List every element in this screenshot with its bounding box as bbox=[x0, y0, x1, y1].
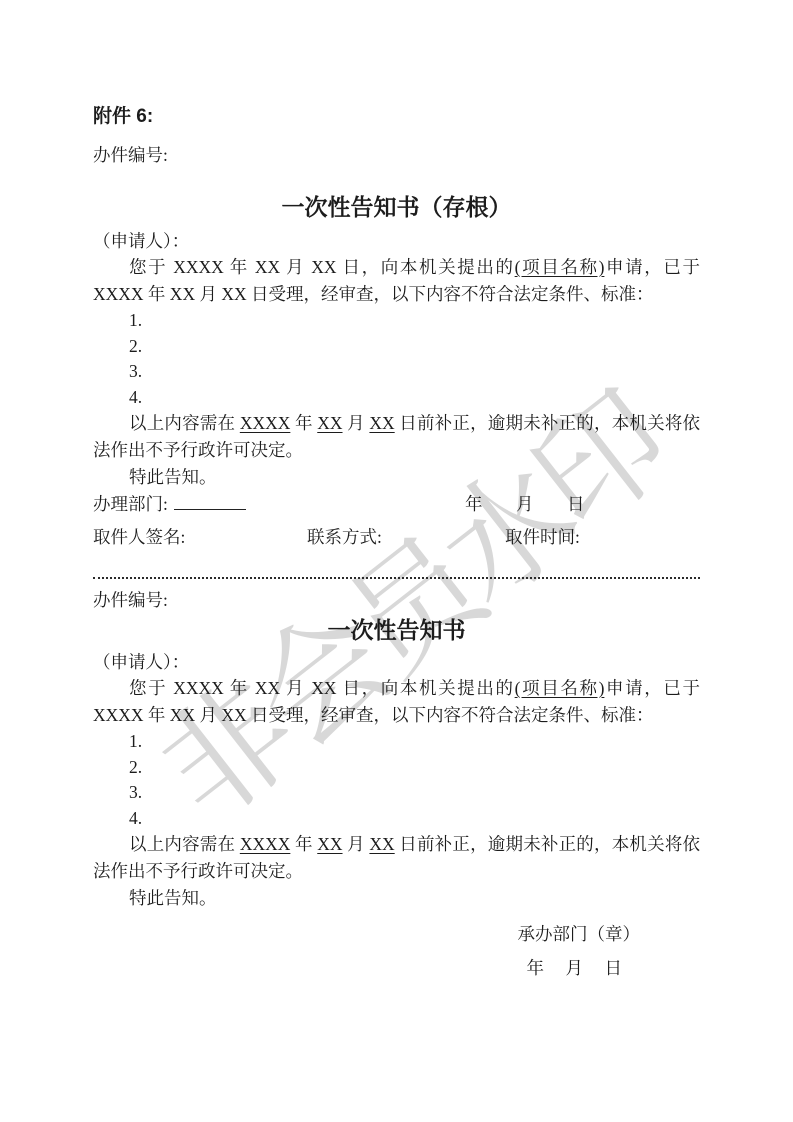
notice-seal-label: 承办部门（章） bbox=[93, 921, 700, 947]
stub-date-line: 年 月 日 bbox=[465, 491, 593, 518]
notice-list-item-2: 2. bbox=[93, 755, 700, 781]
stub-apply-paragraph: 您于 XXXX 年 XX 月 XX 日，向本机关提出的(项目名称)申请，已于 X… bbox=[93, 254, 700, 308]
notice-notice-label: 特此告知。 bbox=[93, 885, 700, 911]
stub-list-item-3: 3. bbox=[93, 359, 700, 385]
notice-correct-seg3: 月 bbox=[343, 834, 370, 854]
stub-list-item-2: 2. bbox=[93, 334, 700, 360]
notice-apply-paragraph: 您于 XXXX 年 XX 月 XX 日，向本机关提出的(项目名称)申请，已于 X… bbox=[93, 675, 700, 729]
notice-project-name-blank: (项目名称) bbox=[515, 678, 605, 698]
notice-case-number-label: 办件编号: bbox=[93, 587, 700, 613]
notice-applicant-label: （申请人）： bbox=[93, 649, 700, 675]
stub-list-item-4: 4. bbox=[93, 385, 700, 411]
stub-applicant-label: （申请人）： bbox=[93, 228, 700, 254]
stub-correct-month-blank: XX bbox=[317, 413, 342, 433]
stub-project-name-blank: (项目名称) bbox=[515, 257, 605, 277]
stub-apply-seg1: 您于 XXXX 年 XX 月 XX 日，向本机关提出的 bbox=[129, 257, 515, 277]
notice-correct-year-blank: XXXX bbox=[240, 834, 291, 854]
stub-pickup-label: 取件时间: bbox=[505, 524, 580, 551]
notice-list-item-3: 3. bbox=[93, 780, 700, 806]
notice-apply-seg1: 您于 XXXX 年 XX 月 XX 日，向本机关提出的 bbox=[129, 678, 515, 698]
stub-dept-label: 办理部门: bbox=[93, 494, 168, 514]
stub-dept-blank-underline bbox=[174, 494, 246, 510]
stub-correct-seg1: 以上内容需在 bbox=[129, 413, 240, 433]
cut-dotted-divider bbox=[93, 577, 700, 579]
notice-correct-paragraph: 以上内容需在 XXXX 年 XX 月 XX 日前补正，逾期未补正的，本机关将依法… bbox=[93, 831, 700, 885]
stub-sign-label: 取件人签名: bbox=[93, 524, 185, 551]
stub-correct-seg3: 月 bbox=[343, 413, 370, 433]
attachment-label: 附件 6: bbox=[93, 104, 700, 130]
notice-title: 一次性告知书 bbox=[93, 615, 700, 645]
notice-date-line: 年 月 日 bbox=[93, 955, 700, 981]
stub-contact-label: 联系方式: bbox=[307, 524, 382, 551]
stub-correct-paragraph: 以上内容需在 XXXX 年 XX 月 XX 日前补正，逾期未补正的，本机关将依法… bbox=[93, 410, 700, 464]
notice-correct-month-blank: XX bbox=[317, 834, 342, 854]
stub-title: 一次性告知书（存根） bbox=[93, 192, 700, 222]
stub-case-number-label: 办件编号: bbox=[93, 142, 700, 168]
stub-pickup-row: 取件人签名: 联系方式: 取件时间: bbox=[93, 524, 700, 551]
notice-correct-seg1: 以上内容需在 bbox=[129, 834, 240, 854]
notice-list-item-4: 4. bbox=[93, 806, 700, 832]
notice-correct-seg2: 年 bbox=[290, 834, 317, 854]
notice-correct-day-blank: XX bbox=[369, 834, 394, 854]
stub-correct-year-blank: XXXX bbox=[240, 413, 291, 433]
stub-correct-day-blank: XX bbox=[369, 413, 394, 433]
stub-notice-label: 特此告知。 bbox=[93, 464, 700, 490]
stub-list-item-1: 1. bbox=[93, 308, 700, 334]
stub-correct-seg2: 年 bbox=[290, 413, 317, 433]
document-page: 附件 6: 办件编号: 一次性告知书（存根） （申请人）： 您于 XXXX 年 … bbox=[0, 0, 793, 981]
notice-list-item-1: 1. bbox=[93, 729, 700, 755]
stub-dept-row: 办理部门: 年 月 日 bbox=[93, 491, 700, 518]
